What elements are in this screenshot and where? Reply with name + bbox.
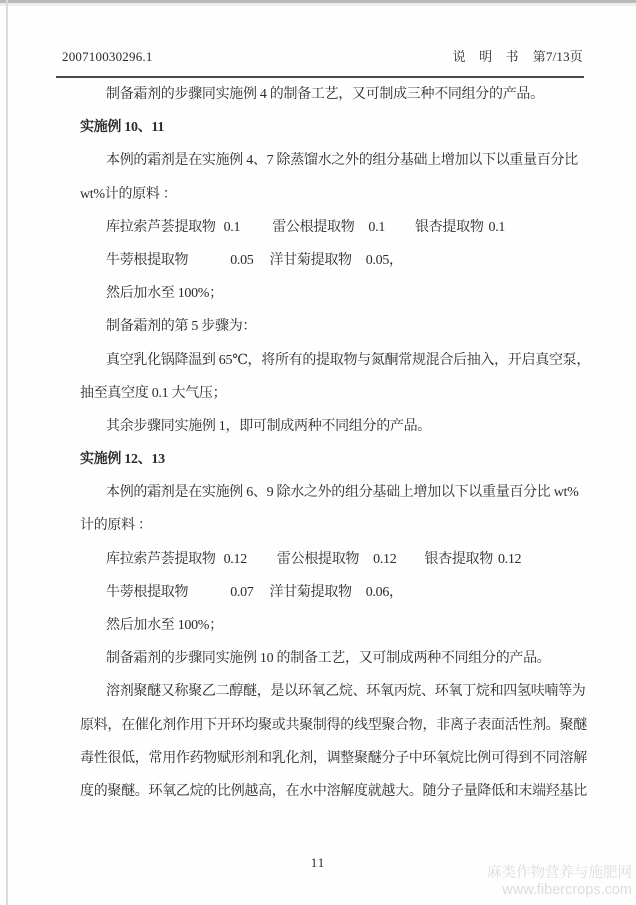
ingredient-name: 雷公根提取物	[277, 552, 359, 567]
example-12-13-ingredients-row1: 库拉索芦荟提取物0.12雷公根提取物0.12银杏提取物0.12	[80, 543, 580, 576]
example-12-13-desc-line1: 本例的霜剂是在实施例 6、9 除水之外的组分基础上增加以下以重量百分比 wt%	[80, 476, 580, 509]
ingredient-name: 银杏提取物	[424, 552, 493, 567]
ingredient-value: 0.05，	[366, 253, 403, 268]
example-10-11-closing-line: 其余步骤同实施例 1，即可制成两种不同组分的产品。	[80, 410, 580, 443]
example-10-11-desc-line2: wt%计的原料 ：	[80, 178, 580, 211]
watermark-site-name: 麻类作物营养与施肥网	[487, 865, 632, 882]
example-12-13-ingredients-row2: 牛蒡根提取物0.07洋甘菊提取物0.06，	[80, 576, 580, 609]
ingredient-name: 银杏提取物	[415, 220, 484, 235]
page-header: 200710030296.1 说 明 书 第7/13页	[62, 46, 583, 65]
ingredient-name: 库拉索芦荟提取物	[106, 220, 216, 235]
header-title-group: 说 明 书 第7/13页	[453, 46, 583, 65]
document-body: 制备霜剂的步骤同实施例 4 的制备工艺，又可制成三种不同组分的产品。 实施例 1…	[80, 78, 580, 808]
ingredient-value: 0.07	[230, 585, 253, 600]
ingredient-value: 0.12	[498, 552, 521, 567]
example-10-11-step-line2: 抽至真空度 0.1 大气压；	[80, 377, 580, 410]
ingredient-value: 0.06，	[366, 585, 403, 600]
example-12-13-water-line: 然后加水至 100%；	[80, 609, 580, 642]
ingredient-name: 雷公根提取物	[272, 220, 354, 235]
polyether-paragraph-line1: 溶剂聚醚又称聚乙二醇醚，是以环氧乙烷、环氧丙烷、环氧丁烷和四氢呋喃等为	[80, 675, 580, 708]
intro-paragraph: 制备霜剂的步骤同实施例 4 的制备工艺，又可制成三种不同组分的产品。	[80, 78, 580, 111]
ingredient-name: 牛蒡根提取物	[106, 253, 188, 268]
ingredient-value: 0.1	[489, 220, 506, 235]
example-10-11-desc-line1: 本例的霜剂是在实施例 4、7 除蒸馏水之外的组分基础上增加以下以重量百分比	[80, 144, 580, 177]
example-12-13-heading: 实施例 12、13	[80, 443, 580, 476]
example-10-11-ingredients-row1: 库拉索芦荟提取物0.1雷公根提取物0.1银杏提取物0.1	[80, 211, 580, 244]
document-title: 说 明 书	[453, 46, 519, 65]
ingredient-value: 0.05	[230, 253, 253, 268]
polyether-paragraph-line4: 度的聚醚。环氧乙烷的比例越高，在水中溶解度就越大。随分子量降低和末端羟基比	[80, 775, 580, 808]
example-12-13-desc-line2: 计的原料 ：	[80, 509, 580, 542]
scan-edge-left	[6, 0, 8, 905]
example-12-13-closing-line: 制备霜剂的步骤同实施例 10 的制备工艺，又可制成两种不同组分的产品。	[80, 642, 580, 675]
example-10-11-step-line1: 真空乳化锅降温到 65℃，将所有的提取物与氮酮常规混合后抽入，开启真空泵，	[80, 344, 580, 377]
polyether-paragraph-line2: 原料，在催化剂作用下开环均聚或共聚制得的线型聚合物，非离子表面活性剂。聚醚	[80, 709, 580, 742]
watermark: 麻类作物营养与施肥网 www.fibercrops.com	[487, 865, 632, 899]
watermark-site-url: www.fibercrops.com	[487, 882, 632, 899]
ingredient-name: 库拉索芦荟提取物	[106, 552, 216, 567]
ingredient-name: 牛蒡根提取物	[106, 585, 188, 600]
ingredient-value: 0.12	[373, 552, 396, 567]
example-10-11-heading: 实施例 10、11	[80, 111, 580, 144]
scan-edge-top-shadow	[0, 3, 636, 6]
example-10-11-ingredients-row2: 牛蒡根提取物0.05洋甘菊提取物0.05，	[80, 244, 580, 277]
polyether-paragraph-line3: 毒性很低，常用作药物赋形剂和乳化剂，调整聚醚分子中环氧烷比例可得到不同溶解	[80, 742, 580, 775]
ingredient-name: 洋甘菊提取物	[270, 585, 352, 600]
application-number: 200710030296.1	[62, 49, 153, 65]
example-10-11-water-line: 然后加水至 100%；	[80, 277, 580, 310]
ingredient-name: 洋甘菊提取物	[270, 253, 352, 268]
page-indicator: 第7/13页	[533, 46, 583, 65]
patent-specification-page: 200710030296.1 说 明 书 第7/13页 制备霜剂的步骤同实施例 …	[0, 0, 636, 905]
ingredient-value: 0.12	[224, 552, 247, 567]
example-10-11-step-heading: 制备霜剂的第 5 步骤为：	[80, 310, 580, 343]
ingredient-value: 0.1	[368, 220, 385, 235]
ingredient-value: 0.1	[224, 220, 241, 235]
